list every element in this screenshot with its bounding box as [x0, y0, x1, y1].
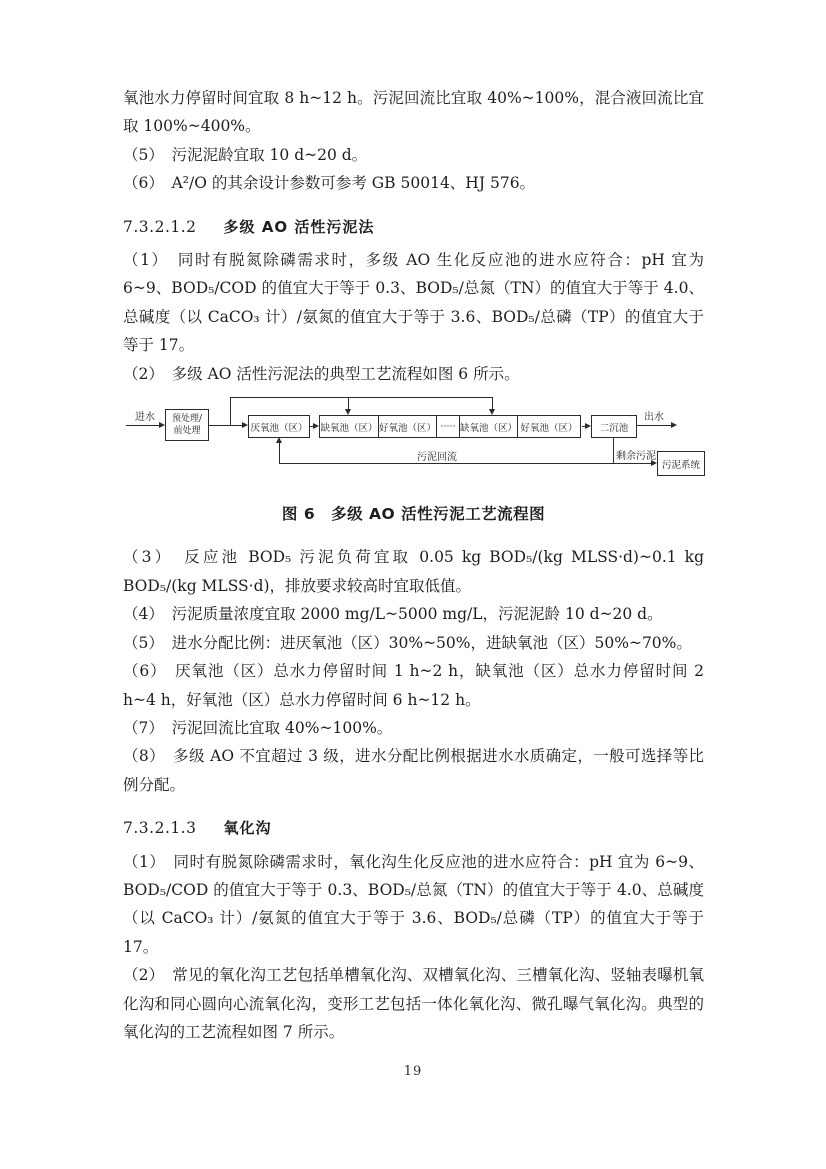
flow-cell-anoxic-2: 缺氧池（区）: [459, 416, 517, 437]
list-item: （2） 常见的氧化沟工艺包括单槽氧化沟、双槽氧化沟、三槽氧化沟、竖轴表曝机氧化沟…: [123, 961, 704, 1046]
sludge-return-line: [279, 463, 614, 464]
flow-line: [126, 425, 160, 426]
page-number: 19: [0, 1064, 826, 1079]
flow-line: [637, 425, 672, 426]
section-heading-multistage-ao: 7.3.2.1.2多级 AO 活性污泥法: [123, 213, 704, 241]
flow-label-influent: 进水: [135, 408, 155, 423]
flow-box-pretreatment: 预处理/ 前处理: [165, 409, 209, 441]
flow-box-pretreatment-line2: 前处理: [173, 425, 200, 437]
flow-box-secondary-clarifier: 二沉池: [591, 415, 637, 438]
flow-label-effluent: 出水: [644, 408, 664, 423]
list-item: （6） 厌氧池（区）总水力停留时间 1 h~2 h，缺氧池（区）总水力停留时间 …: [123, 657, 704, 714]
flow-cell-aerobic-2: 好氧池（区）: [517, 416, 580, 437]
flow-label-sludge-return: 污泥回流: [417, 448, 457, 463]
flow-box-sludge-system: 污泥系统: [657, 451, 705, 476]
arrow-up-icon: [276, 437, 282, 443]
sludge-return-line: [279, 443, 280, 463]
list-item: （7） 污泥回流比宜取 40%~100%。: [123, 714, 704, 742]
list-item: （1） 同时有脱氮除磷需求时，氧化沟生化反应池的进水应符合：pH 宜为 6~9、…: [123, 848, 704, 962]
flow-box-stages: 缺氧池（区） 好氧池（区） ····· 缺氧池（区） 好氧池（区）: [319, 415, 581, 438]
heading-title: 氧化沟: [224, 819, 272, 837]
flow-cell-ellipsis: ·····: [436, 416, 459, 437]
heading-number: 7.3.2.1.3: [123, 819, 197, 837]
document-page: 氧池水力停留时间宜取 8 h~12 h。污泥回流比宜取 40%~100%，混合液…: [0, 0, 826, 1169]
list-item: （1） 同时有脱氮除磷需求时，多级 AO 生化反应池的进水应符合：pH 宜为 6…: [123, 246, 704, 360]
bypass-line: [348, 397, 349, 409]
heading-title: 多级 AO 活性污泥法: [224, 218, 375, 236]
flow-cell-anoxic-1: 缺氧池（区）: [320, 416, 378, 437]
list-item: （5） 进水分配比例：进厌氧池（区）30%~50%，进缺氧池（区）50%~70%…: [123, 629, 704, 657]
list-item: （2） 多级 AO 活性污泥法的典型工艺流程如图 6 所示。: [123, 360, 704, 388]
list-item: （5） 污泥泥龄宜取 10 d~20 d。: [123, 141, 704, 169]
content-area: 氧池水力停留时间宜取 8 h~12 h。污泥回流比宜取 40%~100%，混合液…: [123, 84, 704, 1046]
excess-sludge-line: [613, 463, 652, 464]
intro-paragraph: 氧池水力停留时间宜取 8 h~12 h。污泥回流比宜取 40%~100%，混合液…: [123, 84, 704, 141]
list-item: （6） A²/O 的其余设计参数可参考 GB 50014、HJ 576。: [123, 169, 704, 197]
bypass-line: [230, 397, 492, 398]
figure-6-flow-diagram: 进水 预处理/ 前处理 厌氧池（区） 缺氧池（区）: [120, 393, 720, 490]
flow-line: [209, 425, 242, 426]
figure-6-caption: 图 6 多级 AO 活性污泥工艺流程图: [123, 500, 704, 528]
flow-box-anaerobic: 厌氧池（区）: [248, 415, 310, 438]
flow-box-pretreatment-line1: 预处理/: [172, 413, 202, 425]
list-item: （3） 反应池 BOD₅ 污泥负荷宜取 0.05 kg BOD₅/(kg MLS…: [123, 543, 704, 600]
list-item: （8） 多级 AO 不宜超过 3 级，进水分配比例根据进水水质确定，一般可选择等…: [123, 742, 704, 799]
heading-number: 7.3.2.1.2: [123, 218, 197, 236]
arrow-right-icon: [671, 422, 677, 428]
bypass-line: [492, 397, 493, 409]
section-heading-oxidation-ditch: 7.3.2.1.3氧化沟: [123, 814, 704, 842]
list-item: （4） 污泥质量浓度宜取 2000 mg/L~5000 mg/L，污泥泥龄 10…: [123, 600, 704, 628]
bypass-line: [230, 397, 231, 425]
flow-label-excess-sludge: 剩余污泥: [616, 447, 656, 462]
flow-cell-aerobic-1: 好氧池（区）: [378, 416, 436, 437]
sludge-line: [613, 438, 614, 463]
